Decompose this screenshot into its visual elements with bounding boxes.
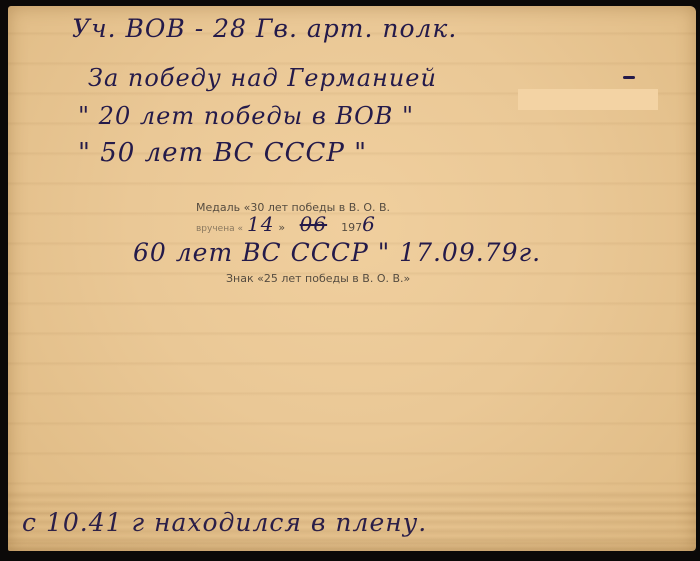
handwritten-line-award-germany: За победу над Германией [88,64,437,92]
handwritten-line-20-years: " 20 лет победы в ВОВ " [78,102,414,130]
ink-dash [623,76,635,79]
handwritten-line-60-years: 60 лет ВС СССР " 17.09.79г. [133,238,541,267]
handwritten-line-unit: Уч. ВОВ - 28 Гв. арт. полк. [72,14,457,43]
stamp-badge-25-years: Знак «25 лет победы в В. О. В.» [226,272,410,285]
issued-day: 14 [247,212,274,236]
redacted-area [518,89,658,110]
issued-year-hand: 6 [362,212,376,236]
handwritten-line-captivity: с 10.41 г находился в плену. [22,508,427,537]
stamp-issued-prefix: вручена « [196,224,243,234]
handwritten-line-50-years: " 50 лет ВС СССР " [78,138,367,168]
issued-year-printed: 197 [341,221,362,234]
issued-month: 06 [300,212,327,236]
stamp-issued-line: вручена « 14 » 06 1976 [196,212,376,236]
archive-card: Уч. ВОВ - 28 Гв. арт. полк. За победу на… [8,6,696,551]
